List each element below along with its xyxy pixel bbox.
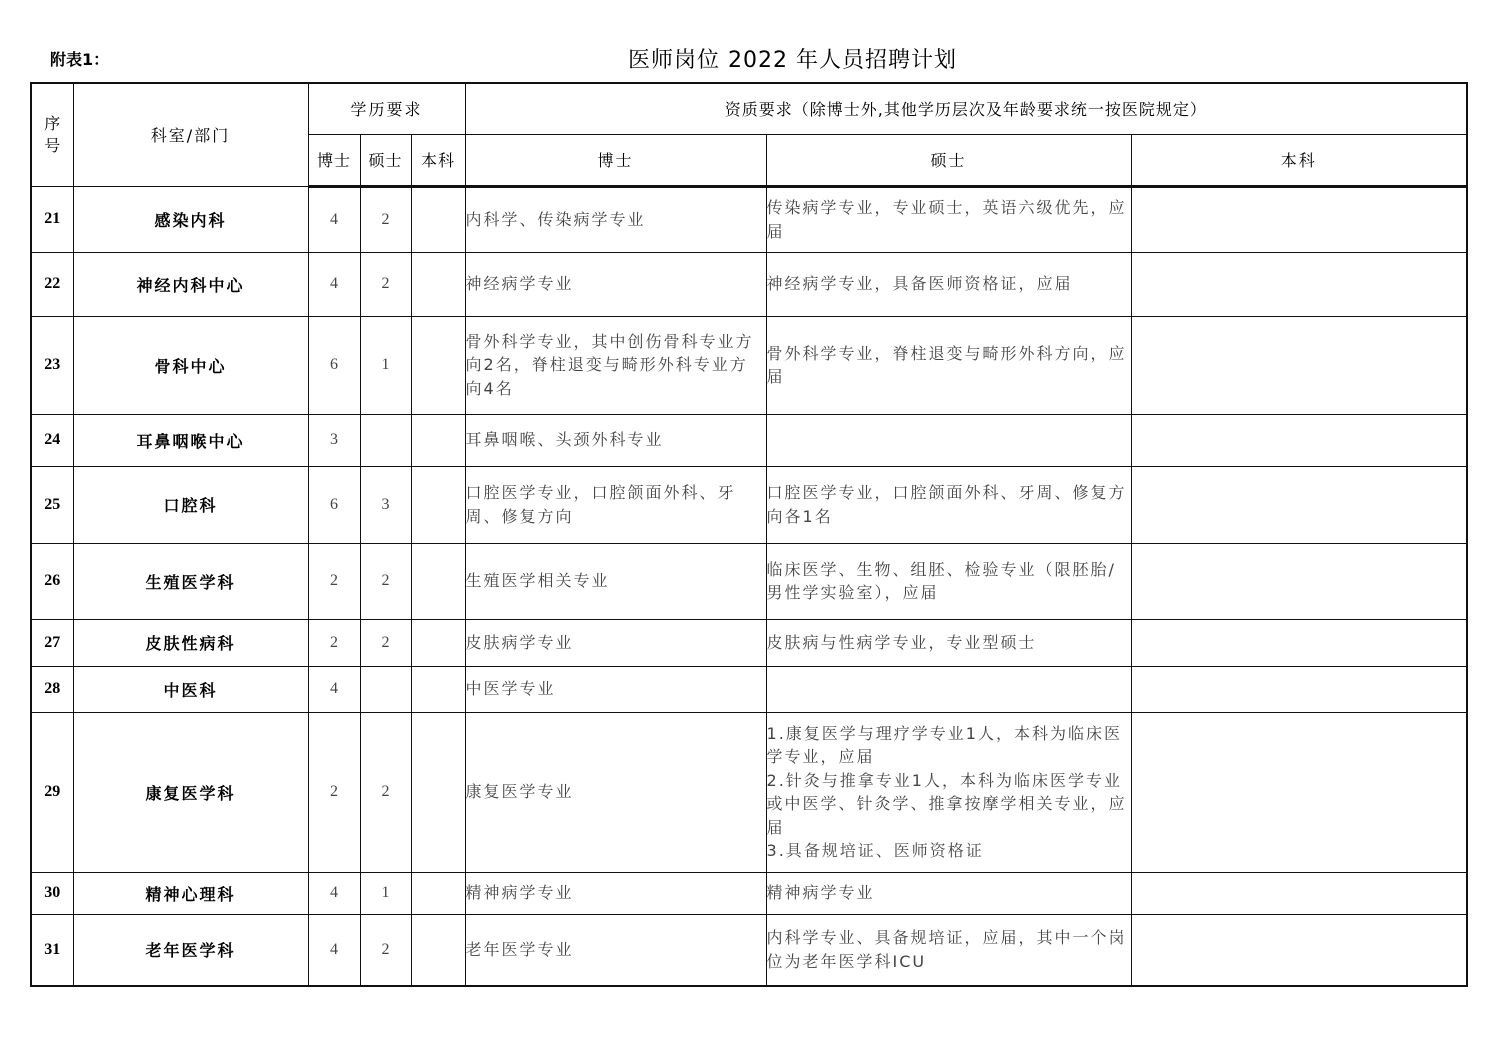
row-seq: 25 xyxy=(31,466,73,543)
row-qual-bachelor xyxy=(1131,252,1467,316)
row-dept: 生殖医学科 xyxy=(73,543,308,619)
requirement-text: 传染病学专业，专业硕士，英语六级优先，应届 xyxy=(767,196,1131,243)
table-row: 22 神经内科中心 4 2 神经病学专业 神经病学专业，具备医师资格证，应届 xyxy=(31,252,1467,316)
row-qual-master: 内科学专业、具备规培证，应届，其中一个岗位为老年医学科ICU xyxy=(766,914,1131,986)
row-master-count xyxy=(360,666,411,712)
row-bachelor-count xyxy=(411,414,465,466)
row-bachelor-count xyxy=(411,252,465,316)
row-seq: 24 xyxy=(31,414,73,466)
row-phd-count: 4 xyxy=(308,914,360,986)
row-master-count: 2 xyxy=(360,712,411,872)
row-bachelor-count xyxy=(411,186,465,252)
row-seq: 22 xyxy=(31,252,73,316)
row-qual-bachelor xyxy=(1131,543,1467,619)
row-qual-bachelor xyxy=(1131,466,1467,543)
row-qual-bachelor xyxy=(1131,414,1467,466)
row-qual-bachelor xyxy=(1131,186,1467,252)
row-seq: 26 xyxy=(31,543,73,619)
row-bachelor-count xyxy=(411,914,465,986)
table-body: 21 感染内科 4 2 内科学、传染病学专业 传染病学专业，专业硕士，英语六级优… xyxy=(31,186,1467,986)
row-qual-bachelor xyxy=(1131,914,1467,986)
row-bachelor-count xyxy=(411,712,465,872)
header-dept: 科室/部门 xyxy=(73,83,308,186)
row-seq: 31 xyxy=(31,914,73,986)
row-dept: 口腔科 xyxy=(73,466,308,543)
row-bachelor-count xyxy=(411,619,465,666)
row-qual-master: 精神病学专业 xyxy=(766,872,1131,914)
row-master-count: 1 xyxy=(360,316,411,414)
header-education-group: 学历要求 xyxy=(308,83,465,134)
header-qualification-group: 资质要求（除博士外,其他学历层次及年龄要求统一按医院规定） xyxy=(465,83,1467,134)
row-bachelor-count xyxy=(411,872,465,914)
table-row: 30 精神心理科 4 1 精神病学专业 精神病学专业 xyxy=(31,872,1467,914)
row-master-count: 2 xyxy=(360,252,411,316)
row-dept: 精神心理科 xyxy=(73,872,308,914)
table-row: 29 康复医学科 2 2 康复医学专业 1.康复医学与理疗学专业1人，本科为临床… xyxy=(31,712,1467,872)
requirement-text: 口腔医学专业，口腔颌面外科、牙周、修复方向各1名 xyxy=(767,481,1131,528)
row-seq: 27 xyxy=(31,619,73,666)
header-edu-phd: 博士 xyxy=(308,134,360,186)
row-qual-phd: 口腔医学专业，口腔颌面外科、牙周、修复方向 xyxy=(465,466,766,543)
row-phd-count: 2 xyxy=(308,543,360,619)
header-seq: 序号 xyxy=(31,83,73,186)
row-qual-phd: 生殖医学相关专业 xyxy=(465,543,766,619)
requirement-text: 口腔医学专业，口腔颌面外科、牙周、修复方向 xyxy=(466,481,766,528)
row-phd-count: 2 xyxy=(308,712,360,872)
row-bachelor-count xyxy=(411,466,465,543)
requirement-text: 临床医学、生物、组胚、检验专业（限胚胎/男性学实验室），应届 xyxy=(767,558,1131,605)
header-qual-bachelor: 本科 xyxy=(1131,134,1467,186)
row-qual-master: 皮肤病与性病学专业，专业型硕士 xyxy=(766,619,1131,666)
row-qual-phd: 神经病学专业 xyxy=(465,252,766,316)
requirement-text: 皮肤病与性病学专业，专业型硕士 xyxy=(767,631,1131,655)
table-row: 25 口腔科 6 3 口腔医学专业，口腔颌面外科、牙周、修复方向 口腔医学专业，… xyxy=(31,466,1467,543)
table-row: 27 皮肤性病科 2 2 皮肤病学专业 皮肤病与性病学专业，专业型硕士 xyxy=(31,619,1467,666)
row-dept: 康复医学科 xyxy=(73,712,308,872)
annex-label: 附表1： xyxy=(50,47,109,70)
table-row: 21 感染内科 4 2 内科学、传染病学专业 传染病学专业，专业硕士，英语六级优… xyxy=(31,186,1467,252)
row-seq: 29 xyxy=(31,712,73,872)
table-row: 24 耳鼻咽喉中心 3 耳鼻咽喉、头颈外科专业 xyxy=(31,414,1467,466)
row-qual-master: 传染病学专业，专业硕士，英语六级优先，应届 xyxy=(766,186,1131,252)
row-seq: 28 xyxy=(31,666,73,712)
row-bachelor-count xyxy=(411,666,465,712)
requirement-text: 骨外科学专业，其中创伤骨科专业方向2名，脊柱退变与畸形外科专业方向4名 xyxy=(466,330,766,401)
row-qual-master: 1.康复医学与理疗学专业1人，本科为临床医学专业，应届2.针灸与推拿专业1人，本… xyxy=(766,712,1131,872)
header-seq-label: 序号 xyxy=(43,113,61,157)
requirement-text: 精神病学专业 xyxy=(767,881,1131,905)
row-master-count xyxy=(360,414,411,466)
row-dept: 神经内科中心 xyxy=(73,252,308,316)
row-qual-bachelor xyxy=(1131,316,1467,414)
requirement-text: 3.具备规培证、医师资格证 xyxy=(767,839,1131,863)
header-edu-master: 硕士 xyxy=(360,134,411,186)
row-qual-master: 临床医学、生物、组胚、检验专业（限胚胎/男性学实验室），应届 xyxy=(766,543,1131,619)
row-qual-bachelor xyxy=(1131,619,1467,666)
requirement-text: 内科学专业、具备规培证，应届，其中一个岗位为老年医学科ICU xyxy=(767,926,1131,973)
requirement-text: 2.针灸与推拿专业1人，本科为临床医学专业或中医学、针灸学、推拿按摩学相关专业，… xyxy=(767,769,1131,840)
requirement-text: 皮肤病学专业 xyxy=(466,631,766,655)
row-qual-master xyxy=(766,666,1131,712)
requirement-text: 神经病学专业 xyxy=(466,272,766,296)
row-phd-count: 6 xyxy=(308,316,360,414)
row-dept: 老年医学科 xyxy=(73,914,308,986)
header-qual-phd: 博士 xyxy=(465,134,766,186)
requirement-text: 康复医学专业 xyxy=(466,780,766,804)
row-seq: 21 xyxy=(31,186,73,252)
row-qual-phd: 皮肤病学专业 xyxy=(465,619,766,666)
row-qual-bachelor xyxy=(1131,666,1467,712)
row-seq: 23 xyxy=(31,316,73,414)
row-dept: 骨科中心 xyxy=(73,316,308,414)
row-master-count: 2 xyxy=(360,619,411,666)
recruitment-plan-table: 序号 科室/部门 学历要求 资质要求（除博士外,其他学历层次及年龄要求统一按医院… xyxy=(30,82,1468,987)
row-qual-phd: 耳鼻咽喉、头颈外科专业 xyxy=(465,414,766,466)
row-phd-count: 4 xyxy=(308,872,360,914)
requirement-text: 精神病学专业 xyxy=(466,881,766,905)
row-master-count: 3 xyxy=(360,466,411,543)
header-edu-bachelor: 本科 xyxy=(411,134,465,186)
row-bachelor-count xyxy=(411,543,465,619)
row-phd-count: 6 xyxy=(308,466,360,543)
row-qual-master xyxy=(766,414,1131,466)
table-row: 28 中医科 4 中医学专业 xyxy=(31,666,1467,712)
row-dept: 感染内科 xyxy=(73,186,308,252)
table-row: 26 生殖医学科 2 2 生殖医学相关专业 临床医学、生物、组胚、检验专业（限胚… xyxy=(31,543,1467,619)
requirement-text: 耳鼻咽喉、头颈外科专业 xyxy=(466,428,766,452)
row-master-count: 1 xyxy=(360,872,411,914)
row-phd-count: 3 xyxy=(308,414,360,466)
header-qual-master: 硕士 xyxy=(766,134,1131,186)
row-qual-bachelor xyxy=(1131,872,1467,914)
row-dept: 皮肤性病科 xyxy=(73,619,308,666)
row-phd-count: 4 xyxy=(308,186,360,252)
row-phd-count: 4 xyxy=(308,666,360,712)
requirement-text: 老年医学专业 xyxy=(466,938,766,962)
table-row: 31 老年医学科 4 2 老年医学专业 内科学专业、具备规培证，应届，其中一个岗… xyxy=(31,914,1467,986)
row-qual-phd: 精神病学专业 xyxy=(465,872,766,914)
document-title: 医师岗位 2022 年人员招聘计划 xyxy=(628,43,957,74)
row-phd-count: 4 xyxy=(308,252,360,316)
row-qual-bachelor xyxy=(1131,712,1467,872)
table-row: 23 骨科中心 6 1 骨外科学专业，其中创伤骨科专业方向2名，脊柱退变与畸形外… xyxy=(31,316,1467,414)
row-qual-phd: 中医学专业 xyxy=(465,666,766,712)
row-phd-count: 2 xyxy=(308,619,360,666)
row-qual-phd: 康复医学专业 xyxy=(465,712,766,872)
row-dept: 中医科 xyxy=(73,666,308,712)
row-qual-master: 口腔医学专业，口腔颌面外科、牙周、修复方向各1名 xyxy=(766,466,1131,543)
row-seq: 30 xyxy=(31,872,73,914)
row-qual-phd: 骨外科学专业，其中创伤骨科专业方向2名，脊柱退变与畸形外科专业方向4名 xyxy=(465,316,766,414)
row-master-count: 2 xyxy=(360,186,411,252)
row-master-count: 2 xyxy=(360,914,411,986)
row-qual-master: 骨外科学专业，脊柱退变与畸形外科方向，应届 xyxy=(766,316,1131,414)
requirement-text: 骨外科学专业，脊柱退变与畸形外科方向，应届 xyxy=(767,342,1131,389)
row-qual-phd: 内科学、传染病学专业 xyxy=(465,186,766,252)
requirement-text: 内科学、传染病学专业 xyxy=(466,208,766,232)
requirement-text: 1.康复医学与理疗学专业1人，本科为临床医学专业，应届 xyxy=(767,722,1131,769)
row-qual-phd: 老年医学专业 xyxy=(465,914,766,986)
row-bachelor-count xyxy=(411,316,465,414)
requirement-text: 神经病学专业，具备医师资格证，应届 xyxy=(767,272,1131,296)
requirement-text: 生殖医学相关专业 xyxy=(466,569,766,593)
row-dept: 耳鼻咽喉中心 xyxy=(73,414,308,466)
row-master-count: 2 xyxy=(360,543,411,619)
row-qual-master: 神经病学专业，具备医师资格证，应届 xyxy=(766,252,1131,316)
requirement-text: 中医学专业 xyxy=(466,677,766,701)
